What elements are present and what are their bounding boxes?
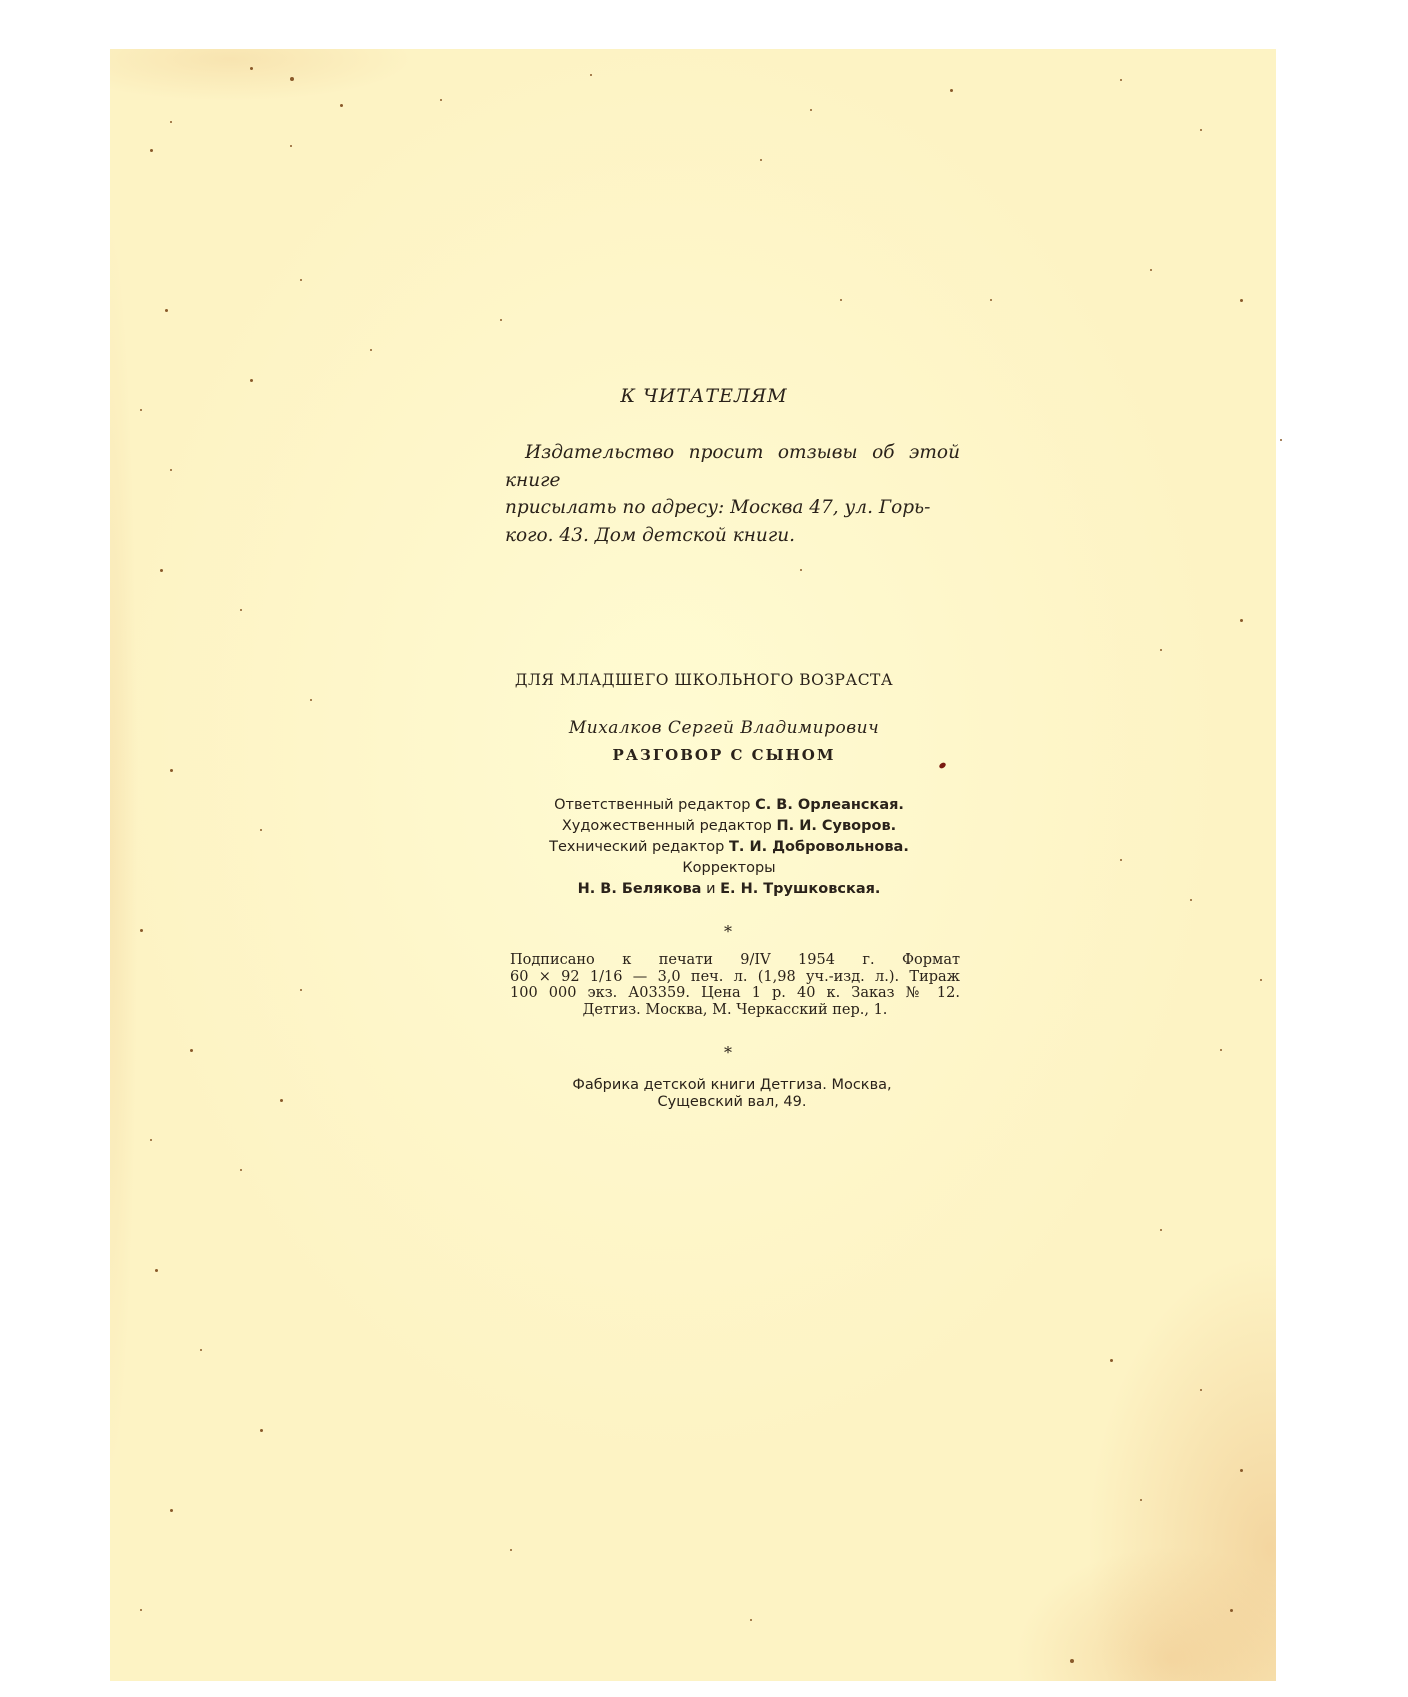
foxing-speck <box>1240 619 1243 622</box>
foxing-speck <box>1160 1229 1162 1231</box>
factory-line: Фабрика детской книги Детгиза. Москва, <box>28 1077 1408 1094</box>
foxing-speck <box>170 469 172 471</box>
foxing-speck <box>140 409 142 411</box>
foxing-speck <box>170 1509 173 1512</box>
foxing-speck <box>170 121 172 123</box>
imprint-line: 60 × 92 1/16 — 3,0 печ. л. (1,98 уч.-изд… <box>510 969 960 986</box>
foxing-speck <box>1160 649 1162 651</box>
foxing-speck <box>840 299 842 301</box>
foxing-speck <box>950 89 953 92</box>
foxing-speck <box>160 569 163 572</box>
credit-line: Технический редактор Т. И. Добровольнова… <box>25 837 1408 858</box>
foxing-speck <box>1200 129 1202 131</box>
foxing-speck <box>290 77 294 81</box>
foxing-speck <box>240 609 242 611</box>
foxing-speck <box>1230 1609 1233 1612</box>
credit-line: Н. В. Белякова и Е. Н. Трушковская. <box>25 879 1408 900</box>
foxing-speck <box>760 159 762 161</box>
credit-line: Корректоры <box>25 858 1408 879</box>
foxing-speck <box>1200 1389 1202 1391</box>
reader-note-line: присылать по адресу: Москва 47, ул. Горь… <box>505 494 960 522</box>
foxing-speck <box>1120 79 1122 81</box>
foxing-speck <box>300 279 302 281</box>
factory-line: Сущевский вал, 49. <box>28 1094 1408 1111</box>
author-name: Михалков Сергей Владимирович <box>20 718 1408 738</box>
foxing-speck <box>155 1269 158 1272</box>
foxing-speck <box>170 769 173 772</box>
foxing-speck <box>140 1609 142 1611</box>
foxing-speck <box>260 1429 263 1432</box>
credits-block: Ответственный редактор С. В. Орлеанская.… <box>25 795 1408 900</box>
foxing-speck <box>500 319 502 321</box>
imprint-line: 100 000 экз. А03359. Цена 1 р. 40 к. Зак… <box>510 985 960 1002</box>
foxing-speck <box>750 1619 752 1621</box>
foxing-speck <box>510 1549 512 1551</box>
foxing-speck <box>310 699 312 701</box>
foxing-speck <box>440 99 442 101</box>
foxing-speck <box>1280 439 1282 441</box>
foxing-speck <box>1070 1659 1074 1663</box>
foxing-speck <box>250 67 253 70</box>
age-group-label: ДЛЯ МЛАДШЕГО ШКОЛЬНОГО ВОЗРАСТА <box>0 671 1408 689</box>
imprint-block: Подписано к печати 9/IV 1954 г. Формат 6… <box>510 952 960 1018</box>
reader-note-paragraph: Издательство просит отзывы об этой книге… <box>505 439 960 549</box>
foxing-speck <box>340 104 343 107</box>
foxing-speck <box>1140 1499 1142 1501</box>
factory-block: Фабрика детской книги Детгиза. Москва, С… <box>28 1077 1408 1111</box>
foxing-speck <box>250 379 253 382</box>
reader-note-heading: К ЧИТАТЕЛЯМ <box>0 385 1408 407</box>
foxing-speck <box>290 145 292 147</box>
separator-asterisk: * <box>24 922 1408 941</box>
foxing-speck <box>1260 979 1262 981</box>
foxing-speck <box>800 569 802 571</box>
imprint-line: Детгиз. Москва, М. Черкасский пер., 1. <box>510 1002 960 1019</box>
credit-line: Ответственный редактор С. В. Орлеанская. <box>25 795 1408 816</box>
credit-line: Художественный редактор П. И. Суворов. <box>25 816 1408 837</box>
foxing-speck <box>370 349 372 351</box>
foxing-speck <box>240 1169 242 1171</box>
book-title: РАЗГОВОР С СЫНОМ <box>20 746 1408 764</box>
foxing-speck <box>200 1349 202 1351</box>
foxing-speck <box>1150 269 1152 271</box>
foxing-speck <box>1110 1359 1113 1362</box>
foxing-speck <box>150 1139 152 1141</box>
foxing-speck <box>1240 299 1243 302</box>
reader-note-line: Издательство просит отзывы об этой книге <box>505 439 960 494</box>
separator-asterisk: * <box>24 1043 1408 1062</box>
foxing-speck <box>590 74 592 76</box>
foxing-speck <box>165 309 168 312</box>
foxing-speck <box>1240 1469 1243 1472</box>
imprint-line: Подписано к печати 9/IV 1954 г. Формат <box>510 952 960 969</box>
foxing-speck <box>300 989 302 991</box>
foxing-speck <box>990 299 992 301</box>
foxing-speck <box>810 109 812 111</box>
foxing-speck <box>150 149 153 152</box>
reader-note-line: кого. 43. Дом детской книги. <box>505 522 960 550</box>
